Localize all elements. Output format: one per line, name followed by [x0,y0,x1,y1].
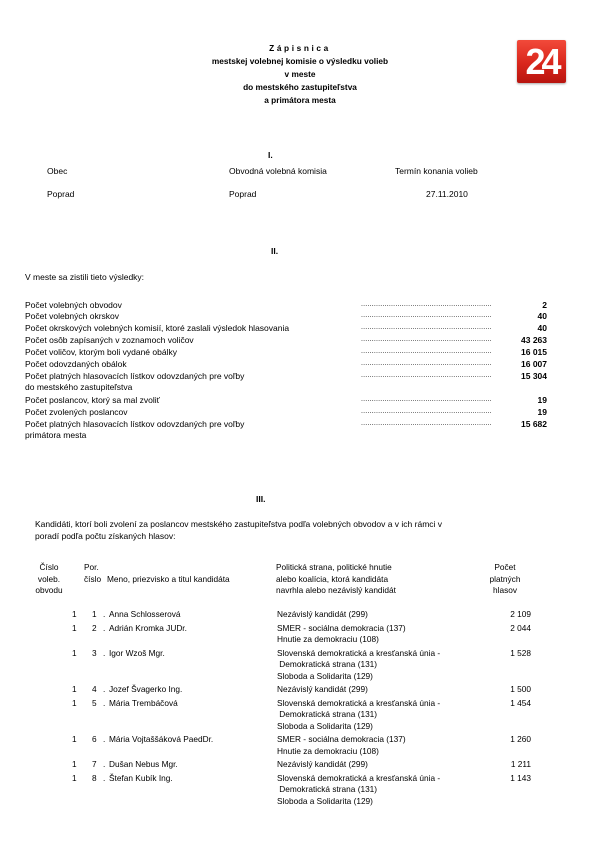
cell-por-dot: . [103,734,105,746]
cell-hlasy: 1 211 [511,759,531,771]
result-label: Počet poslancov, ktorý sa mal zvoliť [25,395,160,406]
cell-por: 5 [92,698,97,710]
result-label: Počet odovzdaných obálok [25,359,127,370]
dot-leader: ........................................… [361,396,491,403]
label-termin: Termín konania volieb [395,166,478,176]
cell-meno: Jozef Švagerko Ing. [109,684,182,696]
col-header-por: Por. číslo [84,562,101,585]
result-label: Počet volebných okrskov [25,311,119,322]
dot-leader: ........................................… [361,360,491,367]
cell-por-dot: . [103,698,105,710]
result-label: Počet platných hlasovacích lístkov odovz… [25,371,244,382]
cell-strana: Slovenská demokratická a kresťanská únia… [277,698,440,710]
logo-24-icon: 24 [517,40,566,83]
section-heading-1: I. [268,150,273,160]
result-label: Počet okrskových volebných komisií, ktor… [25,323,289,334]
dot-leader: ........................................… [361,324,491,331]
dot-leader: ........................................… [361,336,491,343]
cell-hlasy: 1 454 [510,698,531,710]
section3-intro-line1: Kandidáti, ktorí boli zvolení za poslanc… [35,519,442,529]
cell-por-dot: . [103,648,105,660]
result-value: 19 [538,407,547,417]
result-value: 15 682 [521,419,547,429]
cell-strana: Slovenská demokratická a kresťanská únia… [277,773,440,785]
dot-leader: ........................................… [361,372,491,379]
result-value: 15 304 [521,371,547,381]
cell-meno: Štefan Kubík Ing. [109,773,173,785]
cell-obvod: 1 [72,648,77,660]
cell-por: 8 [92,773,97,785]
cell-strana: Sloboda a Solidarita (129) [277,671,373,683]
col-header-line: Číslo [28,562,70,574]
cell-strana: Sloboda a Solidarita (129) [277,796,373,808]
col-header-meno: Meno, priezvisko a titul kandidáta [107,574,230,586]
cell-hlasy: 1 143 [510,773,531,785]
cell-por-dot: . [103,609,105,621]
cell-hlasy: 1 260 [510,734,531,746]
cell-meno: Igor Wzoš Mgr. [109,648,165,660]
cell-strana: SMER - sociálna demokracia (137) [277,623,406,635]
cell-obvod: 1 [72,609,77,621]
subtitle-line: v meste [150,68,450,81]
result-label-cont: primátora mesta [25,430,86,441]
cell-strana: Sloboda a Solidarita (129) [277,721,373,733]
subtitle-line: do mestského zastupiteľstva [150,81,450,94]
cell-strana: Nezávislý kandidát (299) [277,609,368,621]
col-header-line: hlasov [480,585,530,597]
col-header-obvod: Číslo voleb. obvodu [28,562,70,597]
col-header-hlasy: Počet platných hlasov [480,562,530,597]
result-value: 43 263 [521,335,547,345]
dot-leader: ........................................… [361,312,491,319]
document-title: Zápisnica [150,42,450,55]
result-label-cont: do mestského zastupiteľstva [25,382,132,393]
col-header-line: platných [480,574,530,586]
section2-intro: V meste sa zistili tieto výsledky: [25,272,144,282]
result-label: Počet voličov, ktorým boli vydané obálky [25,347,177,358]
cell-meno: Mária Trembáčová [109,698,178,710]
result-label: Počet platných hlasovacích lístkov odovz… [25,419,244,430]
value-obec: Poprad [47,189,74,199]
cell-strana: Demokratická strana (131) [277,784,377,796]
cell-hlasy: 2 109 [510,609,531,621]
result-value: 19 [538,395,547,405]
cell-por: 7 [92,759,97,771]
col-header-line: Politická strana, politické hnutie [276,562,396,574]
dot-leader: ........................................… [361,420,491,427]
cell-strana: Demokratická strana (131) [277,659,377,671]
cell-strana: Nezávislý kandidát (299) [277,759,368,771]
col-header-line: Por. [84,562,101,574]
cell-strana: Hnutie za demokraciu (108) [277,634,379,646]
cell-meno: Mária Vojtaššáková PaedDr. [109,734,213,746]
cell-meno: Dušan Nebus Mgr. [109,759,178,771]
cell-strana: Nezávislý kandidát (299) [277,684,368,696]
result-label: Počet osôb zapísaných v zoznamoch voličo… [25,335,194,346]
cell-por-dot: . [103,623,105,635]
result-value: 40 [538,323,547,333]
label-komisia: Obvodná volebná komisia [229,166,327,176]
result-value: 2 [542,300,547,310]
col-header-line: Počet [480,562,530,574]
col-header-line: obvodu [28,585,70,597]
cell-strana: Hnutie za demokraciu (108) [277,746,379,758]
result-label: Počet zvolených poslancov [25,407,128,418]
cell-por: 1 [92,609,97,621]
cell-obvod: 1 [72,773,77,785]
section-heading-2: II. [271,246,278,256]
cell-hlasy: 1 500 [510,684,531,696]
cell-strana: Slovenská demokratická a kresťanská únia… [277,648,440,660]
cell-por-dot: . [103,773,105,785]
col-header-line: navrhla alebo nezávislý kandidát [276,585,396,597]
value-komisia: Poprad [229,189,256,199]
cell-obvod: 1 [72,734,77,746]
section-heading-3: III. [256,494,265,504]
cell-por-dot: . [103,759,105,771]
result-label: Počet volebných obvodov [25,300,122,311]
col-header-line: voleb. [28,574,70,586]
cell-por: 3 [92,648,97,660]
dot-leader: ........................................… [361,301,491,308]
cell-strana: Demokratická strana (131) [277,709,377,721]
cell-por: 2 [92,623,97,635]
cell-meno: Adrián Kromka JUDr. [109,623,187,635]
document-header: Zápisnica mestskej volebnej komisie o vý… [150,42,450,107]
result-value: 16 007 [521,359,547,369]
col-header-line: číslo [84,574,101,586]
subtitle-line: a primátora mesta [150,94,450,107]
cell-hlasy: 1 528 [510,648,531,660]
cell-obvod: 1 [72,684,77,696]
cell-meno: Anna Schlosserová [109,609,181,621]
cell-obvod: 1 [72,698,77,710]
col-header-strana: Politická strana, politické hnutie alebo… [276,562,396,597]
label-obec: Obec [47,166,67,176]
dot-leader: ........................................… [361,408,491,415]
cell-por-dot: . [103,684,105,696]
section3-intro-line2: poradí podľa počtu získaných hlasov: [35,531,175,541]
result-value: 16 015 [521,347,547,357]
cell-por: 4 [92,684,97,696]
cell-por: 6 [92,734,97,746]
cell-strana: SMER - sociálna demokracia (137) [277,734,406,746]
cell-obvod: 1 [72,623,77,635]
cell-obvod: 1 [72,759,77,771]
subtitle-line: mestskej volebnej komisie o výsledku vol… [150,55,450,68]
cell-hlasy: 2 044 [510,623,531,635]
col-header-line: alebo koalícia, ktorá kandidáta [276,574,396,586]
dot-leader: ........................................… [361,348,491,355]
value-termin: 27.11.2010 [426,189,468,199]
result-value: 40 [538,311,547,321]
